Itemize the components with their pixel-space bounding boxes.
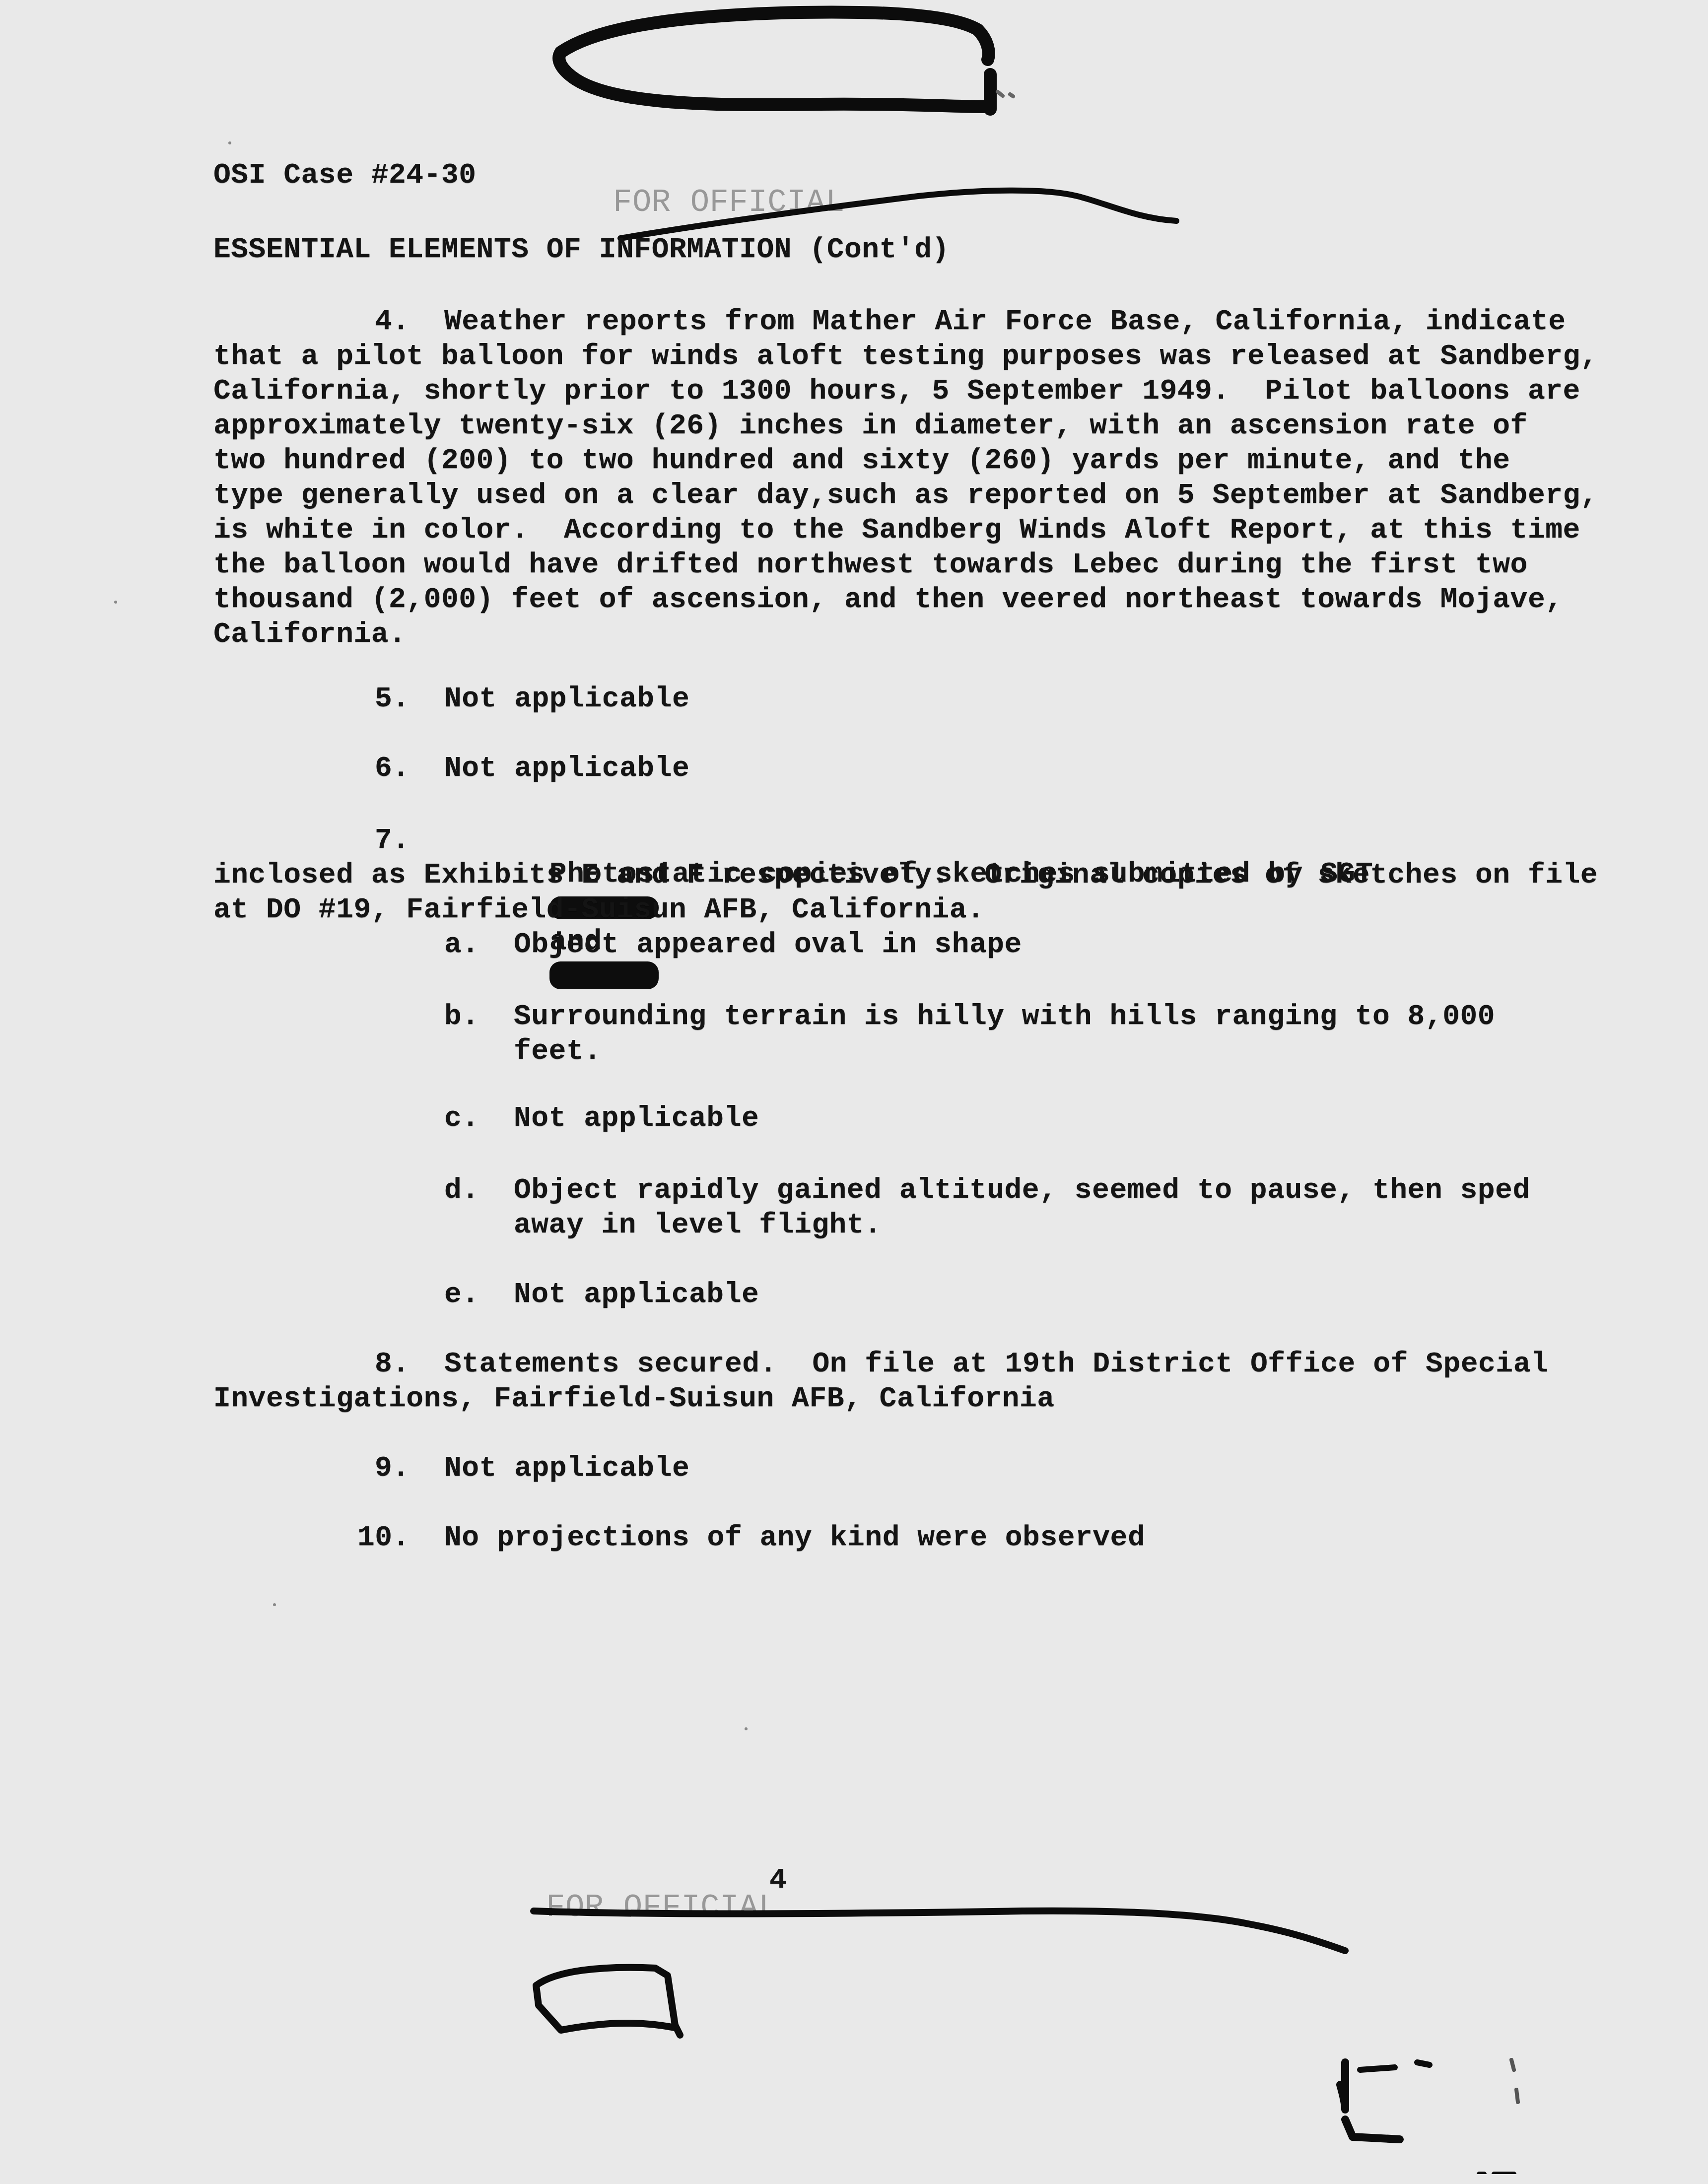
paragraph-7-number: 7.	[375, 824, 410, 858]
paragraph-4-line: two hundred (200) to two hundred and six…	[213, 444, 1510, 478]
paragraph-7-line: at DO #19, Fairfield-Suisun AFB, Califor…	[213, 893, 984, 927]
redacted-name-2	[549, 961, 659, 989]
section-title: ESSENTIAL ELEMENTS OF INFORMATION (Cont'…	[213, 233, 950, 267]
paragraph-10-number: 10.	[357, 1521, 410, 1555]
paragraph-4-line: is white in color. According to the Sand…	[213, 514, 1580, 547]
subitem-b-text: Surrounding terrain is hilly with hills …	[514, 1000, 1495, 1034]
paragraph-4-line: the balloon would have drifted northwest…	[213, 548, 1528, 582]
scan-speck	[114, 601, 117, 604]
paragraph-4-line: California.	[213, 618, 406, 652]
paragraph-4-number: 4.	[375, 305, 410, 339]
paragraph-5-text: Not applicable	[444, 682, 689, 716]
paragraph-9-number: 9.	[375, 1452, 410, 1486]
paragraph-4-line: California, shortly prior to 1300 hours,…	[213, 375, 1580, 409]
corner-bracket-mark	[1330, 2055, 1648, 2174]
paragraph-5-number: 5.	[375, 682, 410, 716]
subitem-b-letter: b.	[444, 1000, 479, 1034]
document-page: OSI Case #24-30 FOR OFFICIAL ESSENTIAL E…	[0, 0, 1708, 2184]
subitem-c-text: Not applicable	[514, 1102, 759, 1136]
paragraph-7-line: inclosed as Exhibits E and F respectivel…	[213, 859, 1598, 892]
subitem-e-letter: e.	[444, 1278, 479, 1312]
paragraph-4-line: that a pilot balloon for winds aloft tes…	[213, 340, 1598, 374]
subitem-d-text: away in level flight.	[514, 1209, 882, 1242]
subitem-b-text: feet.	[514, 1035, 602, 1069]
paragraph-4-line: thousand (2,000) feet of ascension, and …	[213, 583, 1563, 617]
subitem-e-text: Not applicable	[514, 1278, 759, 1312]
stamp-strike-line-bottom	[526, 1901, 1360, 1956]
paragraph-8-line: Statements secured. On file at 19th Dist…	[444, 1348, 1548, 1381]
subitem-d-letter: d.	[444, 1174, 479, 1208]
subitem-a-letter: a.	[444, 928, 479, 962]
paragraph-4-line: approximately twenty-six (26) inches in …	[213, 409, 1528, 443]
scan-speck	[745, 1727, 748, 1730]
bottom-redaction-box	[526, 1956, 685, 2055]
scan-speck	[273, 1603, 276, 1606]
subitem-c-letter: c.	[444, 1102, 479, 1136]
paragraph-9-text: Not applicable	[444, 1452, 689, 1486]
scan-speck	[228, 141, 231, 144]
paragraph-8-number: 8.	[375, 1348, 410, 1381]
subitem-d-text: Object rapidly gained altitude, seemed t…	[514, 1174, 1530, 1208]
paragraph-10-text: No projections of any kind were observed	[444, 1521, 1145, 1555]
case-number: OSI Case #24-30	[213, 159, 477, 193]
paragraph-4-line: Weather reports from Mather Air Force Ba…	[444, 305, 1566, 339]
paragraph-8-line: Investigations, Fairfield-Suisun AFB, Ca…	[213, 1382, 1055, 1416]
paragraph-6-number: 6.	[375, 752, 410, 786]
top-redaction-oval	[541, 5, 1077, 119]
paragraph-4-line: type generally used on a clear day,such …	[213, 479, 1598, 513]
paragraph-6-text: Not applicable	[444, 752, 689, 786]
subitem-a-text: Object appeared oval in shape	[514, 928, 1022, 962]
